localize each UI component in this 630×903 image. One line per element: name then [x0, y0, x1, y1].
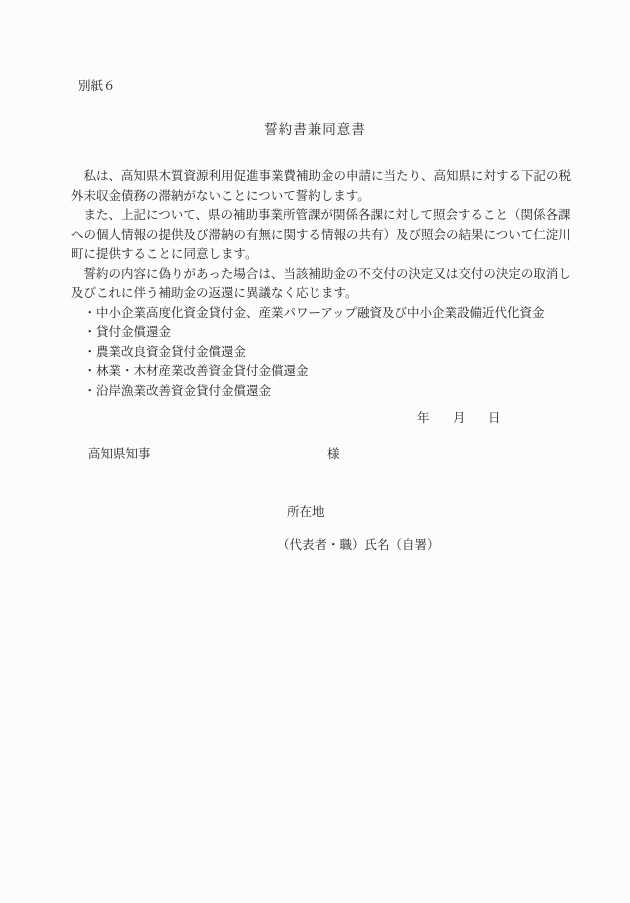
- body-line-bullet: ・中小企業高度化資金貸付金、産業パワーアップ融資及び中小企業設備近代化資金: [71, 303, 571, 323]
- attachment-label: 別紙６: [78, 78, 116, 94]
- body-line: 外未収金債務の滞納がないことについて誓約します。: [71, 186, 571, 206]
- document-page: 別紙６ 誓約書兼同意書 私は、高知県木質資源利用促進事業費補助金の申請に当たり、…: [0, 0, 630, 903]
- date-day-label: 日: [488, 408, 501, 428]
- document-body: 私は、高知県木質資源利用促進事業費補助金の申請に当たり、高知県に対する下記の税 …: [71, 166, 571, 400]
- address-field-label: 所在地: [287, 502, 325, 522]
- date-month-label: 月: [453, 408, 466, 428]
- body-line: 町に提供することに同意します。: [71, 244, 571, 264]
- addressee-name: 高知県知事: [88, 444, 151, 464]
- date-year-label: 年: [417, 408, 430, 428]
- body-line: への個人情報の提供及び滞納の有無に関する情報の共有）及び照会の結果について仁淀川: [71, 225, 571, 245]
- body-line-bullet: ・沿岸漁業改善資金貸付金償還金: [71, 381, 571, 401]
- body-line-bullet: ・農業改良資金貸付金償還金: [71, 342, 571, 362]
- body-line-bullet: ・貸付金償還金: [71, 322, 571, 342]
- addressee-honorific: 様: [327, 444, 340, 464]
- body-line: 私は、高知県木質資源利用促進事業費補助金の申請に当たり、高知県に対する下記の税: [71, 166, 571, 186]
- signature-field-label: （代表者・職）氏名（自署）: [277, 535, 440, 555]
- body-line: 及びこれに伴う補助金の返還に異議なく応じます。: [71, 283, 571, 303]
- body-line-bullet: ・林業・木材産業改善資金貸付金償還金: [71, 361, 571, 381]
- document-title: 誓約書兼同意書: [0, 118, 630, 138]
- body-line: 誓約の内容に偽りがあった場合は、当該補助金の不交付の決定又は交付の決定の取消し: [71, 264, 571, 284]
- body-line: また、上記について、県の補助事業所管課が関係各課に対して照会すること（関係各課: [71, 205, 571, 225]
